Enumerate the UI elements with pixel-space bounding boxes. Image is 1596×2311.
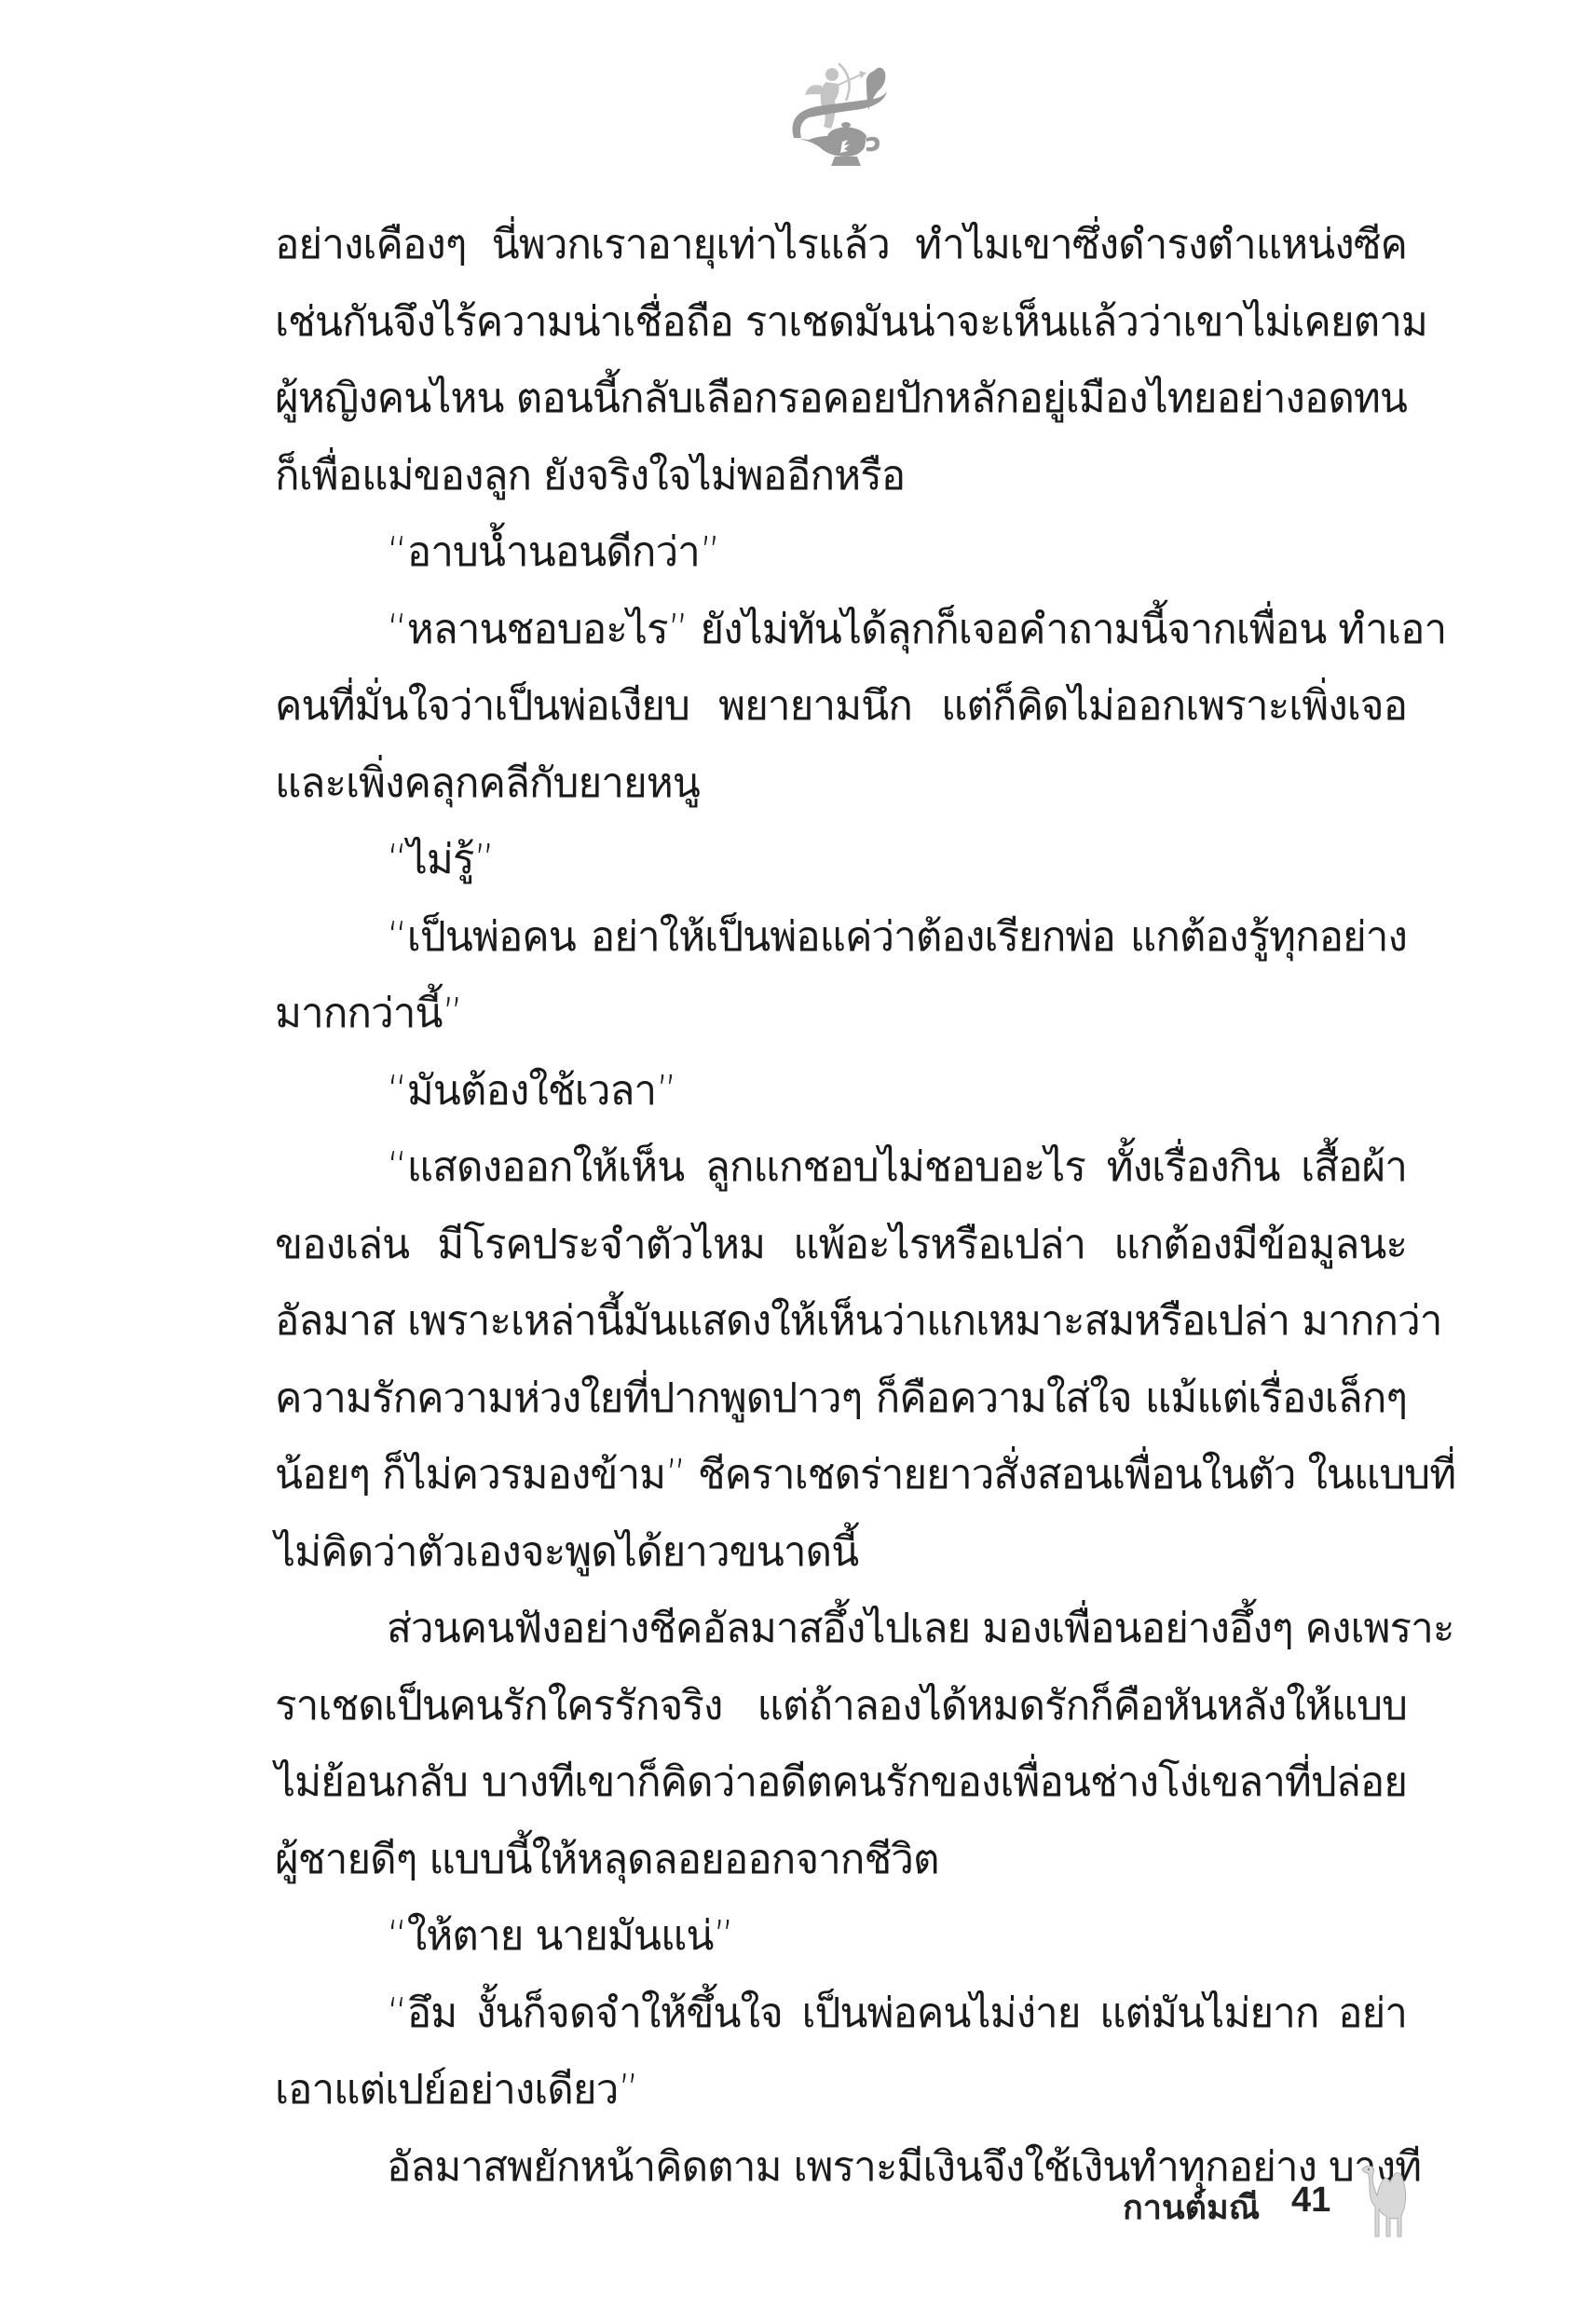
text-line: “หลานชอบอะไร” ยังไม่ทันได้ลุกก็เจอคำถามน… (275, 592, 1407, 669)
text-line: ไม่คิดว่าตัวเองจะพูดได้ยาวขนาดนี้ (275, 1514, 1407, 1592)
book-page: อย่างเคืองๆ นี่พวกเราอายุเท่าไรแล้ว ทำไม… (0, 0, 1596, 2311)
text-line: อัลมาส เพราะเหล่านี้มันแสดงให้เห็นว่าแกเ… (275, 1283, 1407, 1361)
text-line: “อึม งั้นก็จดจำให้ขึ้นใจ เป็นพ่อคนไม่ง่า… (275, 1976, 1407, 2053)
text-line: ความรักความห่วงใยที่ปากพูดปาวๆ ก็คือความ… (275, 1361, 1407, 1438)
text-line: ผู้หญิงคนไหน ตอนนี้กลับเลือกรอคอยปักหลัก… (275, 361, 1407, 438)
text-line: เช่นกันจึงไร้ความน่าเชื่อถือ ราเชดมันน่า… (275, 284, 1407, 362)
text-line: ส่วนคนฟังอย่างชีคอัลมาสอึ้งไปเลย มองเพื่… (275, 1591, 1407, 1668)
text-line: น้อยๆ ก็ไม่ควรมองข้าม” ชีคราเชดร่ายยาวสั… (275, 1437, 1407, 1514)
text-line: ราเชดเป็นคนรักใครรักจริง แต่ถ้าลองได้หมด… (275, 1668, 1407, 1745)
text-line: ไม่ย้อนกลับ บางทีเขาก็คิดว่าอดีตคนรักของ… (275, 1744, 1407, 1822)
text-line: คนที่มั่นใจว่าเป็นพ่อเงียบ พยายามนึก แต่… (275, 668, 1407, 745)
text-line: ผู้ชายดีๆ แบบนี้ให้หลุดลอยออกจากชีวิต (275, 1822, 1407, 1899)
text-line: “ไม่รู้” (275, 822, 1407, 899)
chapter-body-text: อย่างเคืองๆ นี่พวกเราอายุเท่าไรแล้ว ทำไม… (275, 207, 1407, 2206)
text-line: “แสดงออกให้เห็น ลูกแกชอบไม่ชอบอะไร ทั้งเ… (275, 1129, 1407, 1207)
text-line: และเพิ่งคลุกคลีกับยายหนู (275, 745, 1407, 823)
page-number: 41 (1291, 2181, 1330, 2221)
text-line: “มันต้องใช้เวลา” (275, 1053, 1407, 1130)
footer-book-title: กานต์มณี (1123, 2181, 1260, 2234)
text-line: “อาบน้ำนอนดีกว่า” (275, 514, 1407, 592)
camel-icon (1358, 2164, 1412, 2240)
text-line: มากกว่านี้” (275, 976, 1407, 1053)
text-line: “เป็นพ่อคน อย่าให้เป็นพ่อแค่ว่าต้องเรียก… (275, 899, 1407, 977)
text-line: ของเล่น มีโรคประจำตัวไหม แพ้อะไรหรือเปล่… (275, 1207, 1407, 1284)
text-line: เอาแต่เปย์อย่างเดียว” (275, 2052, 1407, 2129)
text-line: ก็เพื่อแม่ของลูก ยังจริงใจไม่พออีกหรือ (275, 438, 1407, 515)
text-line: อย่างเคืองๆ นี่พวกเราอายุเท่าไรแล้ว ทำไม… (275, 207, 1407, 284)
lamp-cupid-heart-icon (781, 54, 896, 170)
text-line: “ให้ตาย นายมันแน่” (275, 1898, 1407, 1976)
